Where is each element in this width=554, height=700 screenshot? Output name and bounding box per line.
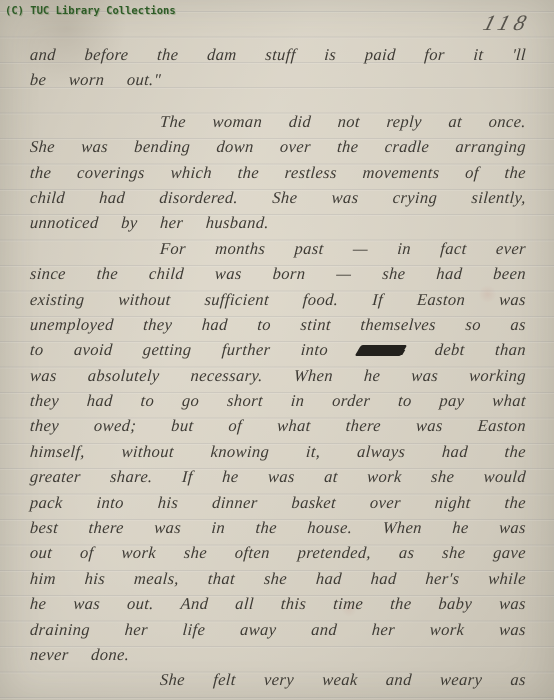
- handwriting-line: unemployed they had to stint themselves …: [29, 312, 527, 337]
- handwriting-line: best there was in the house. When he was: [29, 515, 527, 540]
- handwriting-line: child had disordered. She was crying sil…: [29, 185, 527, 210]
- manuscript-page: (C) TUC Library Collections 118 and befo…: [0, 0, 554, 700]
- handwriting-line: they had to go short in order to pay wha…: [29, 388, 527, 413]
- handwriting-line: be worn out.": [29, 67, 527, 92]
- page-number: 118: [480, 10, 534, 36]
- handwriting-line: The woman did not reply at once.: [29, 109, 527, 134]
- handwriting-line: out of work she often pretended, as she …: [29, 540, 527, 565]
- handwriting-line: he was out. And all this time the baby w…: [29, 591, 527, 616]
- handwritten-text: and before the dam stuff is paid for it …: [30, 42, 526, 693]
- handwriting-line: greater share. If he was at work she wou…: [29, 464, 527, 489]
- line-text-before-scribble: to avoid getting further into: [29, 340, 328, 359]
- handwriting-line: existing without sufficient food. If Eas…: [29, 287, 527, 312]
- handwriting-line: For months past — in fact ever: [29, 236, 527, 261]
- handwriting-line: they owed; but of what there was Easton: [29, 413, 527, 438]
- handwriting-line: She felt very weak and weary as: [29, 667, 527, 692]
- handwriting-line: unnoticed by her husband.: [29, 210, 527, 235]
- line-text-after-scribble: debt than: [434, 340, 527, 359]
- handwriting-line: draining her life away and her work was: [29, 617, 527, 642]
- handwriting-line: never done.: [29, 642, 527, 667]
- handwriting-line: was absolutely necessary. When he was wo…: [29, 363, 527, 388]
- handwriting-line: She was bending down over the cradle arr…: [29, 134, 527, 159]
- scribbled-out-word: [355, 345, 408, 356]
- handwriting-line: and before the dam stuff is paid for it …: [29, 42, 527, 67]
- library-watermark: (C) TUC Library Collections: [5, 5, 176, 17]
- handwriting-line: since the child was born — she had been: [29, 261, 527, 286]
- handwriting-line: the coverings which the restless movemen…: [29, 160, 527, 185]
- handwriting-line: to avoid getting further into debt than: [29, 337, 527, 362]
- handwriting-line: himself, without knowing it, always had …: [29, 439, 527, 464]
- handwriting-line: pack into his dinner basket over night t…: [29, 490, 527, 515]
- handwriting-line: him his meals, that she had had her's wh…: [29, 566, 527, 591]
